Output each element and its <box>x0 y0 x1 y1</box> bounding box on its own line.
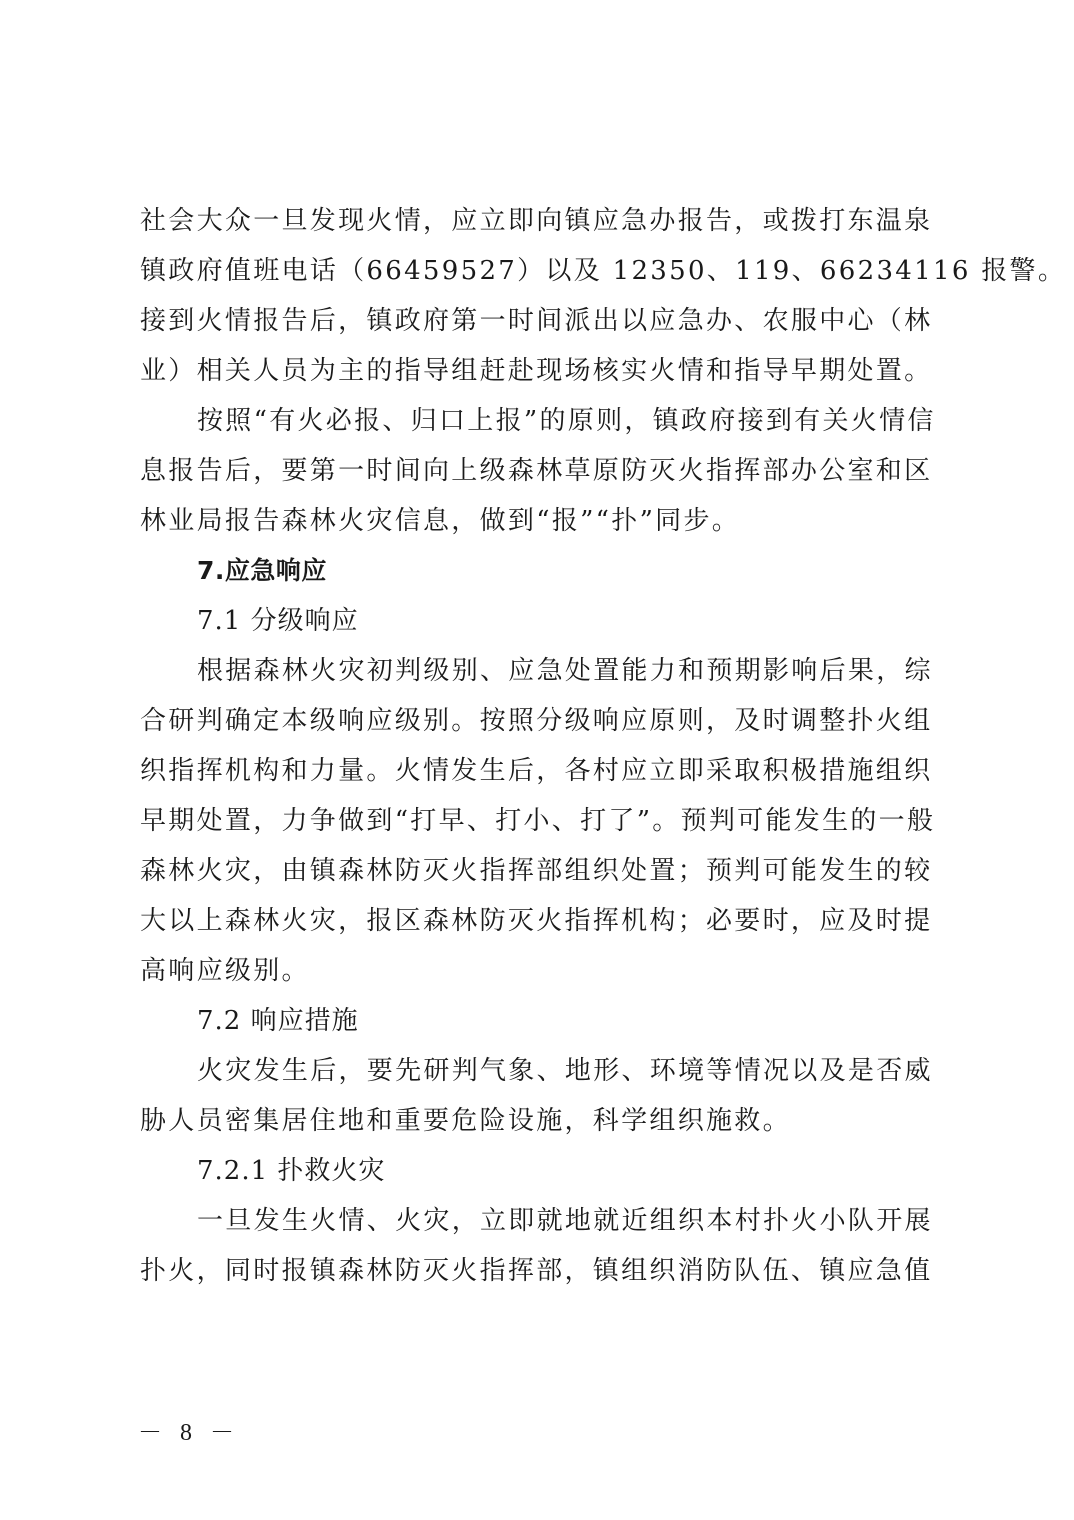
paragraph-graded-response: 根据森林火灾初判级别、应急处置能力和预期影响后果，综 合研判确定本级响应级别。按… <box>140 646 940 996</box>
text-line: 合研判确定本级响应级别。按照分级响应原则，及时调整扑火组 <box>140 696 940 746</box>
text-line: 火灾发生后，要先研判气象、地形、环境等情况以及是否威 <box>140 1046 940 1096</box>
text-line: 根据森林火灾初判级别、应急处置能力和预期影响后果，综 <box>140 646 940 696</box>
paragraph-fire-fighting: 一旦发生火情、火灾，立即就地就近组织本村扑火小队开展 扑火，同时报镇森林防灭火指… <box>140 1196 940 1296</box>
text-line: 镇政府值班电话（66459527）以及 12350、119、66234116 报… <box>140 246 940 296</box>
paragraph-fire-reporting: 社会大众一旦发现火情，应立即向镇应急办报告，或拨打东温泉 镇政府值班电话（664… <box>140 196 940 396</box>
paragraph-response-measures: 火灾发生后，要先研判气象、地形、环境等情况以及是否威 胁人员密集居住地和重要危险… <box>140 1046 940 1146</box>
text-line: 社会大众一旦发现火情，应立即向镇应急办报告，或拨打东温泉 <box>140 196 940 246</box>
subsection-heading-graded-response: 7.1 分级响应 <box>140 596 940 646</box>
text-line: 一旦发生火情、火灾，立即就地就近组织本村扑火小队开展 <box>140 1196 940 1246</box>
text-line: 扑火，同时报镇森林防灭火指挥部，镇组织消防队伍、镇应急值 <box>140 1246 940 1296</box>
text-line: 业）相关人员为主的指导组赶赴现场核实火情和指导早期处置。 <box>140 346 940 396</box>
paragraph-reporting-principle: 按照“有火必报、归口上报”的原则，镇政府接到有关火情信 息报告后，要第一时间向上… <box>140 396 940 546</box>
page-number: － 8 － <box>138 1412 240 1447</box>
subsection-heading-fire-fighting: 7.2.1 扑救火灾 <box>140 1146 940 1196</box>
text-line: 接到火情报告后，镇政府第一时间派出以应急办、农服中心（林 <box>140 296 940 346</box>
document-body: 社会大众一旦发现火情，应立即向镇应急办报告，或拨打东温泉 镇政府值班电话（664… <box>140 196 940 1296</box>
text-line: 大以上森林火灾，报区森林防灭火指挥机构；必要时，应及时提 <box>140 896 940 946</box>
text-line: 胁人员密集居住地和重要危险设施，科学组织施救。 <box>140 1096 940 1146</box>
text-line: 高响应级别。 <box>140 946 940 996</box>
text-line: 森林火灾，由镇森林防灭火指挥部组织处置；预判可能发生的较 <box>140 846 940 896</box>
text-line: 息报告后，要第一时间向上级森林草原防灭火指挥部办公室和区 <box>140 446 940 496</box>
text-line: 织指挥机构和力量。火情发生后，各村应立即采取积极措施组织 <box>140 746 940 796</box>
text-line: 早期处置，力争做到“打早、打小、打了”。预判可能发生的一般 <box>140 796 940 846</box>
document-page: 社会大众一旦发现火情，应立即向镇应急办报告，或拨打东温泉 镇政府值班电话（664… <box>0 0 1074 1520</box>
text-line: 按照“有火必报、归口上报”的原则，镇政府接到有关火情信 <box>140 396 940 446</box>
section-heading-emergency-response: 7.应急响应 <box>140 546 940 596</box>
subsection-heading-response-measures: 7.2 响应措施 <box>140 996 940 1046</box>
text-line: 林业局报告森林火灾信息，做到“报”“扑”同步。 <box>140 496 940 546</box>
